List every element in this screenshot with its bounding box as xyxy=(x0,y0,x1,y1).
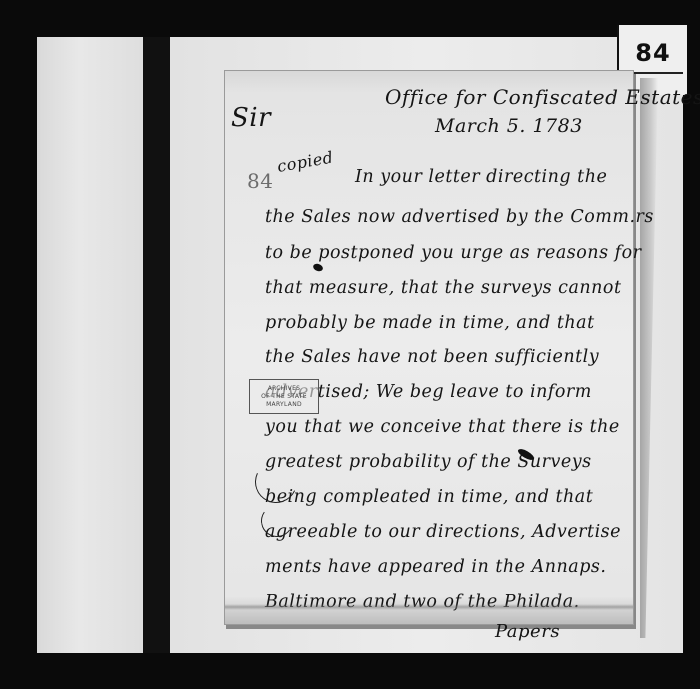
margin-folio-number: 84 xyxy=(247,169,273,193)
letter-heading-date: March 5. 1783 xyxy=(435,115,583,137)
archives-stamp: ARCHIVES OF THE STATE MARYLAND xyxy=(249,379,319,414)
ink-blot xyxy=(312,263,324,273)
letter-heading-office: Office for Confiscated Estates xyxy=(385,85,700,109)
letter-body-line: the Sales have not been sufficiently xyxy=(265,347,599,367)
letter-body-line: Baltimore and two of the Philada. xyxy=(265,592,580,612)
letter-body-line: ments have appeared in the Annaps. xyxy=(265,557,606,577)
left-paper-strip xyxy=(37,37,143,653)
letter-sheet: Sir Office for Confiscated Estates March… xyxy=(224,70,634,625)
stamp-line: MARYLAND xyxy=(266,401,302,409)
stamp-line: ARCHIVES xyxy=(268,385,301,393)
letter-body-line: greatest probability of the Surveys xyxy=(265,452,592,472)
letter-body-line: to be postponed you urge as reasons for xyxy=(265,243,642,263)
frame-number: 84 xyxy=(635,39,670,67)
letter-body-line: that measure, that the surveys cannot xyxy=(265,278,622,298)
margin-note: copied xyxy=(276,147,335,176)
letter-body-line: In your letter directing the xyxy=(355,167,607,187)
letter-body-line: being compleated in time, and that xyxy=(265,487,593,507)
letter-body-line: probably be made in time, and that xyxy=(265,313,595,333)
letter-body-line: agreeable to our directions, Advertise xyxy=(265,522,621,542)
letter-body-line: you that we conceive that there is the xyxy=(265,417,620,437)
letter-body-line: Papers xyxy=(495,621,560,642)
microfilm-divider-bar xyxy=(143,37,170,653)
stamp-line: OF THE STATE xyxy=(261,393,307,401)
letter-salutation: Sir xyxy=(231,103,271,133)
letter-body-line: the Sales now advertised by the Comm.rs xyxy=(265,207,654,227)
